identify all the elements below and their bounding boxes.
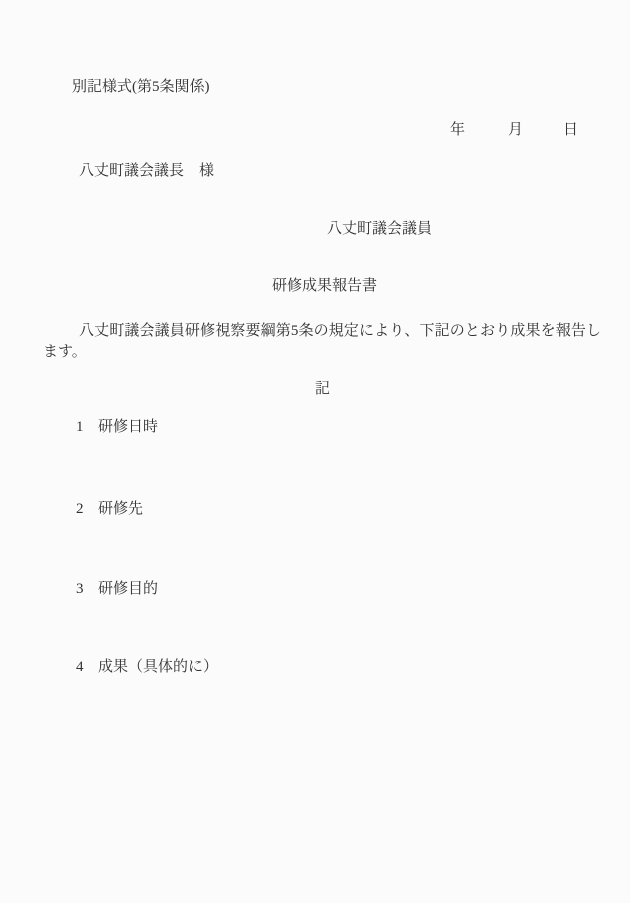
list-item-training-destination: 2研修先 — [76, 499, 143, 519]
document-title: 研修成果報告書 — [272, 276, 377, 296]
date-month-label: 月 — [508, 120, 523, 140]
date-year-label: 年 — [450, 120, 465, 140]
date-day-label: 日 — [563, 120, 578, 140]
list-item-training-purpose: 3研修目的 — [76, 579, 158, 599]
form-note: 別記様式(第5条関係) — [72, 77, 210, 97]
list-item-results: 4成果（具体的に） — [76, 657, 218, 677]
body-paragraph: 八丈町議会議員研修視察要綱第5条の規定により、下記のとおり成果を報告します。 — [43, 321, 601, 363]
item-number: 3 — [76, 579, 98, 599]
item-number: 1 — [76, 417, 98, 437]
item-number: 4 — [76, 657, 98, 677]
item-label: 研修目的 — [98, 581, 158, 597]
item-label: 研修先 — [98, 501, 143, 517]
list-item-training-datetime: 1研修日時 — [76, 417, 158, 437]
record-marker: 記 — [315, 379, 330, 399]
item-label: 研修日時 — [98, 419, 158, 435]
item-number: 2 — [76, 499, 98, 519]
addressee-line: 八丈町議会議長 様 — [79, 161, 214, 181]
item-label: 成果（具体的に） — [98, 659, 218, 675]
sender-line: 八丈町議会議員 — [327, 219, 432, 239]
document-page: 別記様式(第5条関係) 年 月 日 八丈町議会議長 様 八丈町議会議員 研修成果… — [0, 0, 630, 903]
